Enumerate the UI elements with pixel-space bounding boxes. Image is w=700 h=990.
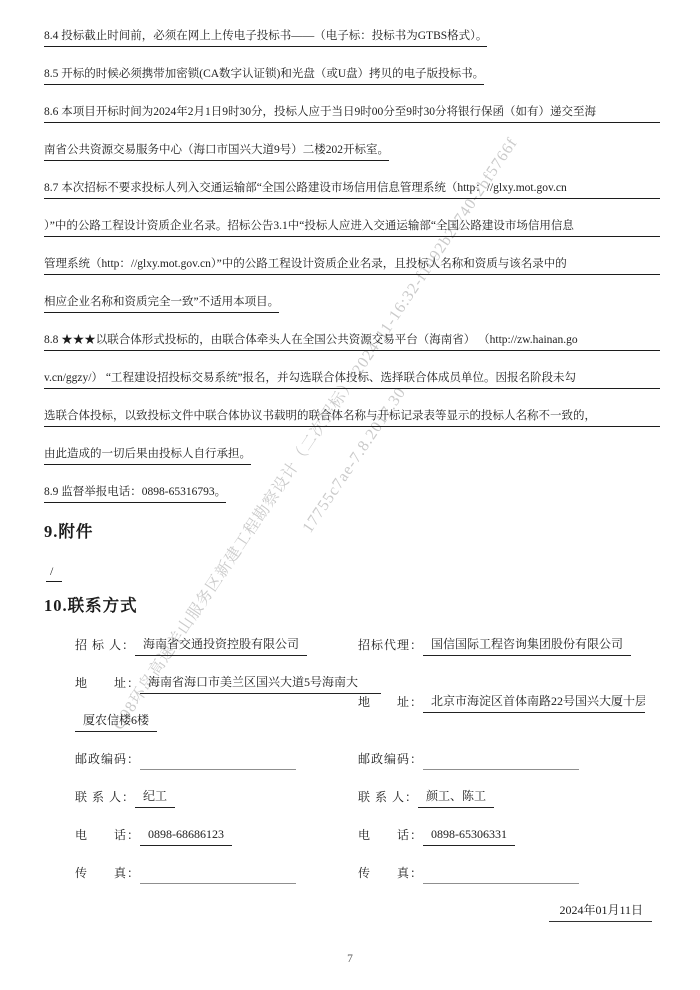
contact-value: 海南省海口市美兰区国兴大道5号海南大: [140, 673, 381, 694]
document-content: 8.4 投标截止时间前，必须在网上上传电子投标书——（电子标：投标书为GTBS格…: [0, 0, 700, 990]
contact-row: 厦农信楼6楼: [75, 694, 381, 732]
contact-value: 0898-68686123: [140, 827, 232, 846]
contact-row: 传 真：: [358, 846, 645, 884]
contact-heading: 10.联系方式: [44, 592, 138, 616]
paragraph-line-text: ）”中的公路工程设计资质企业名录。招标公告3.1中“投标人应进入交通运输部“全国…: [44, 217, 660, 237]
contact-row: 联 系 人：纪工: [75, 770, 381, 808]
paragraph-line: 8.9 监督举报电话：0898-65316793。: [44, 465, 660, 503]
contact-column-tenderer: 招 标 人：海南省交通投资控股有限公司地 址：海南省海口市美兰区国兴大道5号海南…: [75, 618, 381, 884]
paragraph-line-text: 管理系统（http：//glxy.mot.gov.cn）”中的公路工程设计资质企…: [44, 255, 660, 275]
body-paragraphs: 8.4 投标截止时间前，必须在网上上传电子投标书——（电子标：投标书为GTBS格…: [44, 9, 660, 503]
contact-value: 北京市海淀区首体南路22号国兴大厦十层: [423, 692, 645, 713]
contact-spacer: [358, 656, 645, 675]
contact-row: 联 系 人：颜工、陈工: [358, 770, 645, 808]
contact-label: 邮政编码：: [358, 750, 423, 770]
paragraph-line: ）”中的公路工程设计资质企业名录。招标公告3.1中“投标人应进入交通运输部“全国…: [44, 199, 660, 237]
contact-row: 电 话：0898-65306331: [358, 808, 645, 846]
contact-value: 颜工、陈工: [418, 787, 494, 808]
contact-label: 电 话：: [75, 826, 140, 846]
paragraph-line-text: 8.5 开标的时候必须携带加密锁(CA数字认证锁)和光盘（或U盘）拷贝的电子版投…: [44, 65, 484, 85]
document-date-row: 2024年01月11日: [549, 898, 652, 922]
document-date: 2024年01月11日: [549, 901, 652, 922]
attachments-value: /: [46, 564, 62, 582]
paragraph-line: 8.8 ★★★以联合体形式投标的，由联合体牵头人在全国公共资源交易平台（海南省）…: [44, 313, 660, 351]
contact-label: 传 真：: [358, 864, 423, 884]
paragraph-line: 8.6 本项目开标时间为2024年2月1日9时30分，投标人应于当日9时00分至…: [44, 85, 660, 123]
paragraph-line: v.cn/ggzy/） “工程建设招投标交易系统”报名，并勾选联合体投标、选择联…: [44, 351, 660, 389]
paragraph-line: 8.7 本次招标不要求投标人列入交通运输部“全国公路建设市场信用信息管理系统（h…: [44, 161, 660, 199]
paragraph-line-text: v.cn/ggzy/） “工程建设招投标交易系统”报名，并勾选联合体投标、选择联…: [44, 369, 660, 389]
contact-value: 0898-65306331: [423, 827, 515, 846]
contact-label: 联 系 人：: [75, 788, 135, 808]
contact-row: 邮政编码：: [75, 732, 381, 770]
paragraph-line: 选联合体投标，以致投标文件中联合体协议书载明的联合体名称与开标记录表等显示的投标…: [44, 389, 660, 427]
contact-value: 海南省交通投资控股有限公司: [135, 635, 307, 656]
paragraph-line: 南省公共资源交易服务中心（海口市国兴大道9号）二楼202开标室。: [44, 123, 660, 161]
paragraph-line-text: 南省公共资源交易服务中心（海口市国兴大道9号）二楼202开标室。: [44, 141, 389, 161]
attachments-heading: 9.附件: [44, 518, 93, 542]
paragraph-line-text: 8.6 本项目开标时间为2024年2月1日9时30分，投标人应于当日9时00分至…: [44, 103, 660, 123]
contact-row: 招 标 人：海南省交通投资控股有限公司: [75, 618, 381, 656]
contact-label: 邮政编码：: [75, 750, 140, 770]
contact-label: 地 址：: [358, 693, 423, 713]
paragraph-line: 8.5 开标的时候必须携带加密锁(CA数字认证锁)和光盘（或U盘）拷贝的电子版投…: [44, 47, 660, 85]
contact-row: 招标代理：国信国际工程咨询集团股份有限公司: [358, 618, 645, 656]
contact-value-blank: [423, 766, 579, 770]
contact-label: 联 系 人：: [358, 788, 418, 808]
contact-value-blank: [140, 766, 296, 770]
paragraph-line: 管理系统（http：//glxy.mot.gov.cn）”中的公路工程设计资质企…: [44, 237, 660, 275]
paragraph-line: 8.4 投标截止时间前，必须在网上上传电子投标书——（电子标：投标书为GTBS格…: [44, 9, 660, 47]
contact-label: 招标代理：: [358, 636, 423, 656]
document-page: G98环岛高速羊山服务区新建工程勘察设计（二次招标）-2024-11-16:32…: [0, 0, 700, 990]
paragraph-line-text: 由此造成的一切后果由投标人自行承担。: [44, 445, 251, 465]
page-number: 7: [0, 953, 700, 965]
contact-row: 地 址：北京市海淀区首体南路22号国兴大厦十层: [358, 675, 645, 713]
paragraph-line: 相应企业名称和资质完全一致”不适用本项目。: [44, 275, 660, 313]
paragraph-line: 由此造成的一切后果由投标人自行承担。: [44, 427, 660, 465]
paragraph-line-text: 8.4 投标截止时间前，必须在网上上传电子投标书——（电子标：投标书为GTBS格…: [44, 27, 487, 47]
contact-row: 电 话：0898-68686123: [75, 808, 381, 846]
attachments-value-row: /: [46, 556, 62, 582]
contact-label: 电 话：: [358, 826, 423, 846]
paragraph-line-text: 相应企业名称和资质完全一致”不适用本项目。: [44, 293, 279, 313]
contact-value-blank: [140, 880, 296, 884]
contact-row: 邮政编码：: [358, 732, 645, 770]
paragraph-line-text: 8.7 本次招标不要求投标人列入交通运输部“全国公路建设市场信用信息管理系统（h…: [44, 179, 660, 199]
contact-label: 传 真：: [75, 864, 140, 884]
contact-column-agent: 招标代理：国信国际工程咨询集团股份有限公司地 址：北京市海淀区首体南路22号国兴…: [358, 618, 645, 884]
paragraph-line-text: 选联合体投标，以致投标文件中联合体协议书载明的联合体名称与开标记录表等显示的投标…: [44, 407, 660, 427]
contact-value: 纪工: [135, 787, 175, 808]
contact-label: 地 址：: [75, 674, 140, 694]
contact-spacer: [358, 713, 645, 732]
contact-row: 地 址：海南省海口市美兰区国兴大道5号海南大: [75, 656, 381, 694]
contact-value: 厦农信楼6楼: [75, 711, 157, 732]
contact-value-blank: [423, 880, 579, 884]
contact-label: 招 标 人：: [75, 636, 135, 656]
contact-value: 国信国际工程咨询集团股份有限公司: [423, 635, 631, 656]
contact-row: 传 真：: [75, 846, 381, 884]
paragraph-line-text: 8.9 监督举报电话：0898-65316793。: [44, 483, 226, 503]
paragraph-line-text: 8.8 ★★★以联合体形式投标的，由联合体牵头人在全国公共资源交易平台（海南省）…: [44, 331, 660, 351]
